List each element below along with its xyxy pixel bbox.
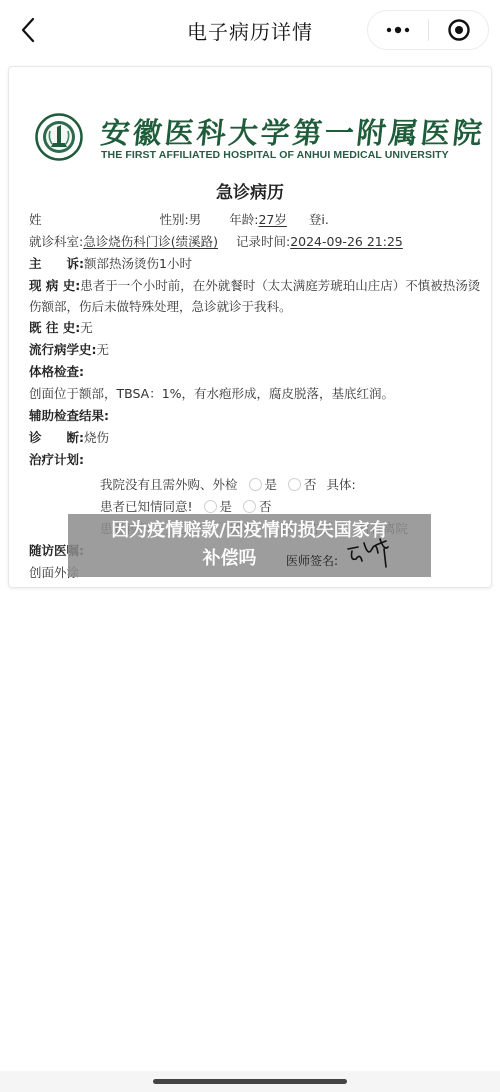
- more-button[interactable]: [368, 11, 428, 49]
- home-indicator[interactable]: [153, 1079, 347, 1084]
- details-label: 具体:: [327, 477, 356, 492]
- physical-exam-row: 创面位于额部，TBSA：1%，有水疱形成，腐皮脱落，基底红润。: [29, 383, 484, 405]
- visit-info-row: 就诊科室:急诊烧伤科门诊(绩溪路)记录时间:2024-09-26 21:25: [29, 231, 484, 253]
- option-label: 是: [265, 477, 278, 492]
- chief-complaint-label: 主 诉:: [29, 256, 84, 271]
- option-label: 否: [259, 499, 272, 514]
- present-history-row: 现 病 史:患者于一个小时前，在外就餐时（太太满庭芳琥珀山庄店）不慎被热汤烫伤额…: [29, 275, 484, 317]
- radio-consent-yes[interactable]: [204, 500, 217, 513]
- external-purchase-text: 我院没有且需外购、外检: [100, 477, 238, 492]
- medical-record-card: 安徽医科大学第一附属医院 THE FIRST AFFILIATED HOSPIT…: [8, 66, 492, 588]
- past-history-label: 既 往 史:: [29, 320, 80, 335]
- diagnosis-row: 诊 断:烧伤: [29, 427, 484, 449]
- epidemiology-row: 流行病学史:无: [29, 339, 484, 361]
- gender-label: 性别:: [160, 212, 189, 227]
- physical-exam-label: 体格检查:: [29, 364, 84, 379]
- navigation-bar: 电子病历详情: [0, 0, 500, 60]
- chief-complaint-value: 额部热汤烫伤1小时: [84, 256, 192, 271]
- present-history-label: 现 病 史:: [29, 278, 80, 293]
- hospital-name-cn: 安徽医科大学第一附属医院: [99, 111, 487, 152]
- record-time-value: 2024-09-26 21:25: [290, 234, 403, 249]
- registration-label: 登i.: [309, 212, 329, 227]
- physical-exam-value: 创面位于额部，TBSA：1%，有水疱形成，腐皮脱落，基底红润。: [29, 386, 394, 401]
- consent-text: 患者已知情同意!: [100, 499, 193, 514]
- radio-external-no[interactable]: [288, 478, 301, 491]
- age-label: 年龄:: [229, 212, 258, 227]
- name-label: 姓: [29, 212, 42, 227]
- target-close-icon: [447, 18, 471, 42]
- handwritten-signature-icon: [346, 535, 392, 569]
- auxiliary-exam-label: 辅助检查结果:: [29, 408, 109, 423]
- epidemiology-value: 无: [97, 342, 110, 357]
- auxiliary-exam-heading: 辅助检查结果:: [29, 405, 484, 427]
- past-history-row: 既 往 史:无: [29, 317, 484, 339]
- hospital-emblem-icon: [35, 113, 83, 161]
- chief-complaint-row: 主 诉:额部热汤烫伤1小时: [29, 253, 484, 275]
- record-time-label: 记录时间:: [236, 234, 290, 249]
- radio-external-yes[interactable]: [249, 478, 262, 491]
- plan-row-external-purchase: 我院没有且需外购、外检 是 否 具体:: [29, 474, 484, 496]
- past-history-value: 无: [80, 320, 93, 335]
- department-value: 急诊烧伤科门诊(绩溪路): [83, 234, 218, 249]
- present-history-value: 患者于一个小时前，在外就餐时（太太满庭芳琥珀山庄店）不慎被热汤烫伤额部，伤后未做…: [29, 278, 480, 314]
- doctor-signature-label-visible: 医师签名:: [286, 552, 338, 569]
- mini-program-capsule: [367, 10, 489, 50]
- department-label: 就诊科室:: [29, 234, 83, 249]
- radio-consent-no[interactable]: [243, 500, 256, 513]
- diagnosis-label: 诊 断:: [29, 430, 84, 445]
- gender-value: 男: [189, 212, 202, 227]
- hospital-header: 安徽医科大学第一附属医院 THE FIRST AFFILIATED HOSPIT…: [35, 111, 465, 167]
- option-label: 否: [304, 477, 317, 492]
- option-label: 是: [220, 499, 233, 514]
- treatment-plan-heading: 治疗计划:: [29, 449, 484, 471]
- more-dots-icon: [385, 25, 411, 35]
- diagnosis-value: 烧伤: [84, 430, 109, 445]
- hospital-name-en: THE FIRST AFFILIATED HOSPITAL OF ANHUI M…: [101, 149, 449, 161]
- age-value: 27岁: [258, 212, 286, 227]
- close-button[interactable]: [429, 11, 488, 49]
- patient-info-row: 姓性别:男年龄:27岁登i.: [29, 209, 484, 231]
- epidemiology-label: 流行病学史:: [29, 342, 97, 357]
- physical-exam-heading: 体格检查:: [29, 361, 484, 383]
- treatment-plan-label: 治疗计划:: [29, 452, 84, 467]
- document-title: 急诊病历: [9, 178, 491, 203]
